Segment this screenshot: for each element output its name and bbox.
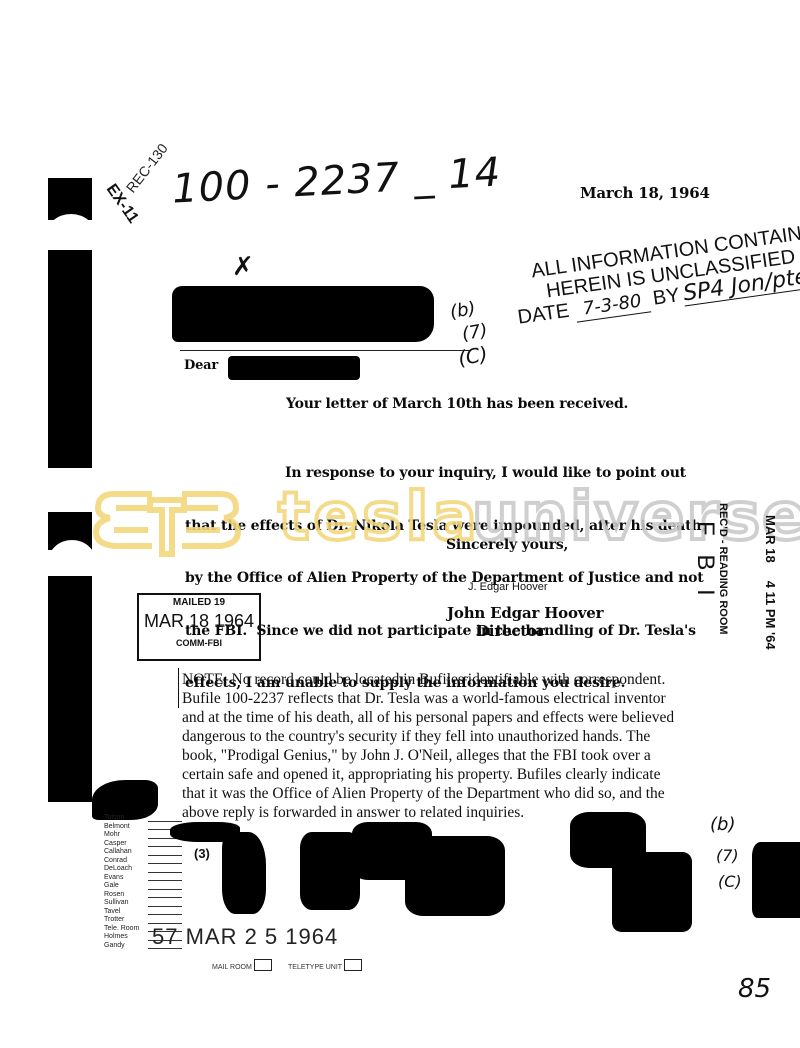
watermark: tesla universe xyxy=(92,484,712,564)
bottom-redaction-7 xyxy=(612,852,692,932)
note-block: NOTE: No record could be located in Bufi… xyxy=(182,670,674,822)
routing-item: Tavel xyxy=(104,908,182,917)
margin-redaction-upper xyxy=(48,250,92,468)
letter-date: March 18, 1964 xyxy=(580,184,710,202)
note-line: and at the time of his death, all of his… xyxy=(182,708,674,727)
filed-stamp: 57 MAR 2 5 1964 xyxy=(152,924,338,950)
received-date: MAR 18 xyxy=(763,515,778,563)
teletype-label: TELETYPE UNIT xyxy=(288,964,342,971)
address-underline xyxy=(180,350,470,351)
file-number-handwritten: 100 - 2237 _ 14 xyxy=(171,149,502,212)
teletype-checkbox xyxy=(344,959,362,971)
declass-date-label: DATE xyxy=(516,300,570,329)
exemption-mark-c-bottom: (C) xyxy=(718,872,742,891)
declassification-stamp: ALL INFORMATION CONTAINED HEREIN IS UNCL… xyxy=(520,219,800,330)
routing-item: Callahan xyxy=(104,848,182,857)
note-line: Bufile 100-2237 reflects that Dr. Tesla … xyxy=(182,689,674,708)
exemption-mark-b-bottom: (b) xyxy=(710,814,735,835)
signer-title: Director xyxy=(476,622,545,640)
mail-room-field: MAIL ROOM xyxy=(212,959,272,971)
note-bracket xyxy=(178,668,179,708)
exemption-mark-7-bottom: (7) xyxy=(716,846,739,865)
salutation-name-redaction xyxy=(228,356,360,380)
salutation: Dear xyxy=(184,358,218,373)
closing: Sincerely yours, xyxy=(446,537,568,553)
rec-stamp: REC-130 xyxy=(123,140,171,195)
handwritten-x-mark: ✗ xyxy=(232,252,254,282)
mailed-line1: MAILED 19 xyxy=(139,597,259,608)
bottom-redaction-2 xyxy=(222,832,266,914)
routing-item: Casper xyxy=(104,840,182,849)
mailed-line3: COMM-FBI xyxy=(139,638,259,648)
bottom-redaction-3 xyxy=(300,832,360,910)
declass-by-label: BY xyxy=(652,284,681,310)
note-line: that it was the Office of Alien Property… xyxy=(182,784,674,803)
bottom-redaction-5 xyxy=(405,836,505,916)
mailed-stamp: MAILED 19 MAR 18 1964 COMM-FBI xyxy=(137,593,261,661)
page-number: 85 xyxy=(738,974,771,1004)
routing-item: Evans xyxy=(104,874,182,883)
body-line: by the Office of Alien Property of the D… xyxy=(185,570,706,588)
note-line: certain safe and opened it, appropriatin… xyxy=(182,765,674,784)
received-stamp: MAR 18 4 11 PM '64 REC'D - READING ROOM … xyxy=(691,515,778,650)
mail-room-label: MAIL ROOM xyxy=(212,964,252,971)
routing-item: Sullivan xyxy=(104,899,182,908)
routing-item: Conrad xyxy=(104,857,182,866)
mail-room-checkbox xyxy=(254,959,272,971)
body-paragraph-2: In response to your inquiry, I would lik… xyxy=(185,430,706,710)
received-fbi: F B I xyxy=(691,521,719,650)
recipient-address-redaction xyxy=(172,286,434,342)
routing-item: DeLoach xyxy=(104,865,182,874)
watermark-coil-logo-icon xyxy=(92,486,242,560)
note-line: NOTE: No record could be located in Bufi… xyxy=(182,670,674,689)
routing-item: Gale xyxy=(104,882,182,891)
margin-redaction-lower xyxy=(48,576,92,802)
routing-item: Rosen xyxy=(104,891,182,900)
received-time: 4 11 PM '64 xyxy=(763,581,778,650)
body-line: the FBI. Since we did not participate in… xyxy=(185,623,706,641)
mailed-line2: MAR 18 1964 xyxy=(139,611,259,632)
routing-item: Tolson xyxy=(104,814,182,823)
copies-mark: (3) xyxy=(194,846,210,861)
exemption-mark-b-top: (b) xyxy=(448,298,477,323)
note-line: dangerous to the country's security if t… xyxy=(182,727,674,746)
exemption-mark-c-top: (C) xyxy=(456,342,489,371)
note-line: book, "Prodigal Genius," by John J. O'Ne… xyxy=(182,746,674,765)
signer-name: John Edgar Hoover xyxy=(447,604,603,622)
body-paragraph-1: Your letter of March 10th has been recei… xyxy=(286,396,628,412)
signature-stamp: J. Edgar Hoover xyxy=(468,581,547,593)
bottom-redaction-8 xyxy=(752,842,800,918)
teletype-field: TELETYPE UNIT xyxy=(288,959,362,971)
